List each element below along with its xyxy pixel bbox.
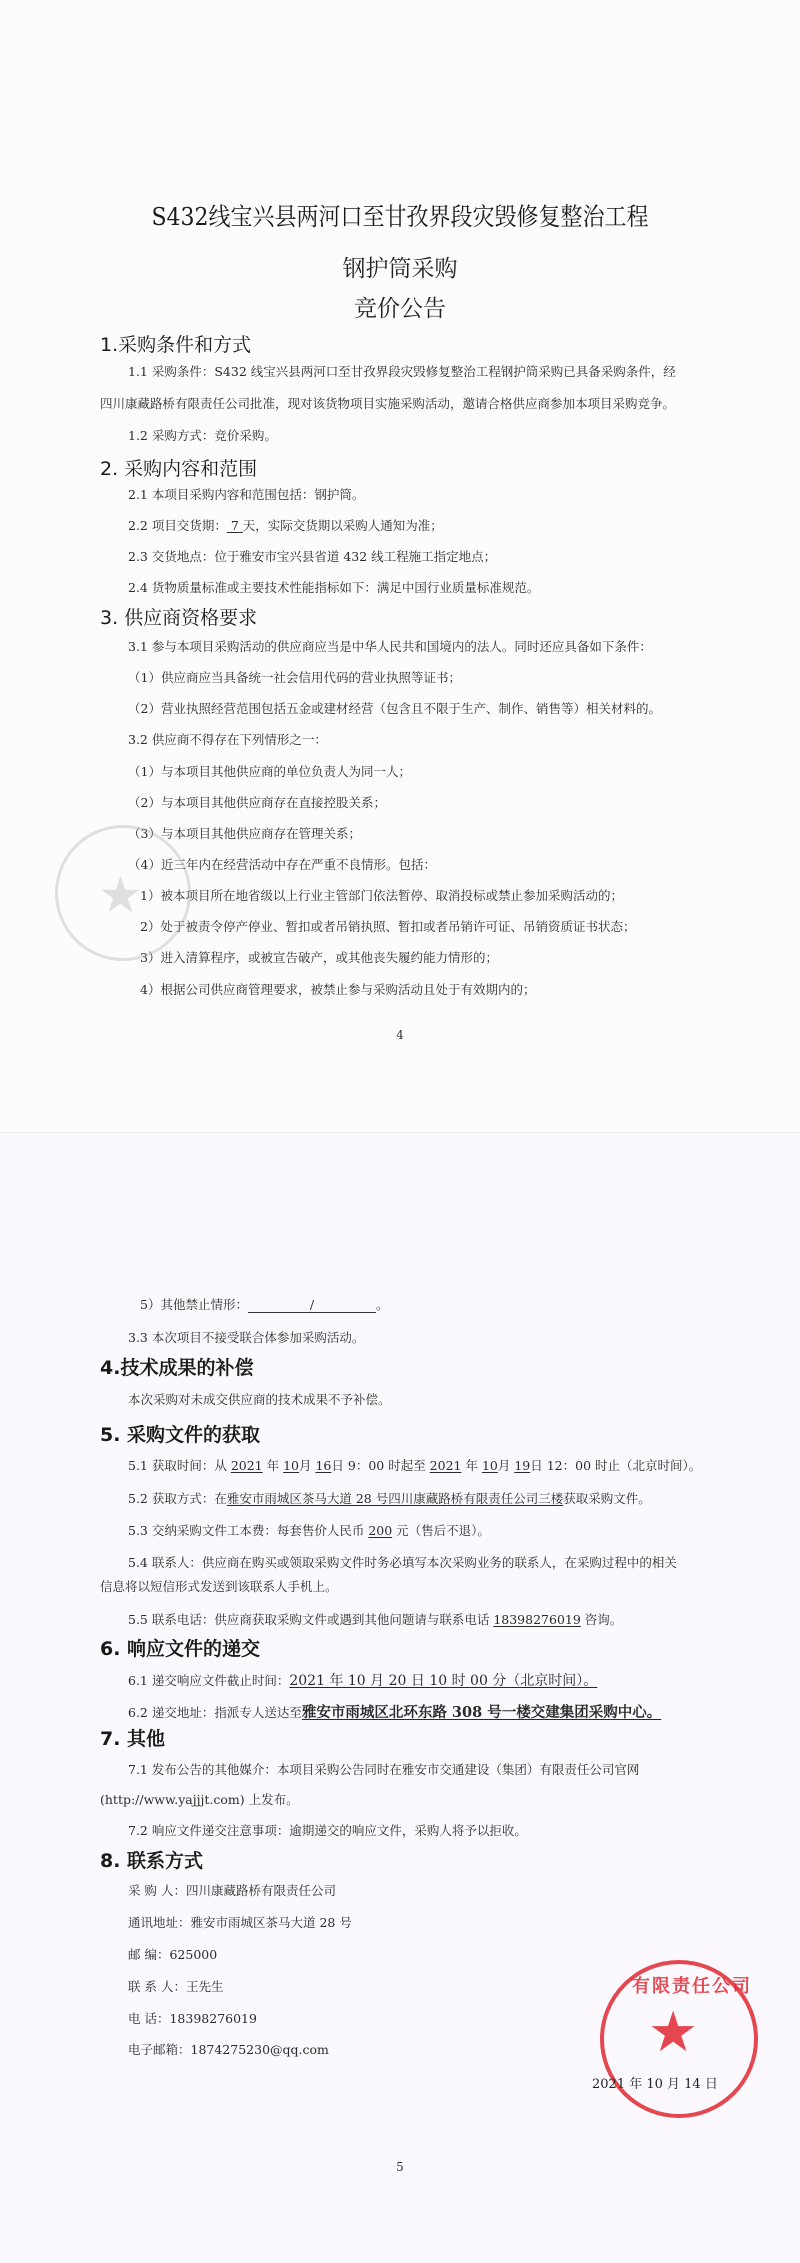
para-2-3: 2.3 交货地点：位于雅安市宝兴县省道 432 线工程施工指定地点； <box>128 547 496 565</box>
para-3-1-2: （2）营业执照经营范围包括五金或建材经营（包含且不限于生产、制作、销售等）相关材… <box>128 699 661 717</box>
doc-subtitle-notice: 竞价公告 <box>0 290 800 323</box>
para-5-1: 5.1 获取时间：从 2021 年 10月 16日 9：00 时起至 2021 … <box>128 1456 701 1474</box>
contact-purchaser: 采 购 人：四川康藏路桥有限责任公司 <box>128 1881 336 1899</box>
para-2-4: 2.4 货物质量标准或主要技术性能指标如下：满足中国行业质量标准规范。 <box>128 578 539 596</box>
stamp-text: 有限责任公司 <box>632 1972 752 1998</box>
faded-seal-stamp: ★ <box>55 825 191 961</box>
para-3-2-1: （1）与本项目其他供应商的单位负责人为同一人； <box>128 762 411 780</box>
para-3-1: 3.1 参与本项目采购活动的供应商应当是中华人民共和国境内的法人。同时还应具备如… <box>128 637 652 655</box>
para-3-2-4-4: 4）根据公司供应商管理要求，被禁止参与采购活动且处于有效期内的； <box>140 980 535 998</box>
para-5-3: 5.3 交纳采购文件工本费：每套售价人民币 200 元（售后不退）。 <box>128 1521 490 1539</box>
para-2-2: 2.2 项目交货期： 7 天，实际交货期以采购人通知为准； <box>128 516 443 534</box>
para-5-2: 5.2 获取方式：在雅安市雨城区茶马大道 28 号四川康藏路桥有限责任公司三楼获… <box>128 1489 651 1507</box>
para-4: 本次采购对未成交供应商的技术成果不予补偿。 <box>128 1390 391 1408</box>
section-5-heading: 5. 采购文件的获取 <box>100 1420 260 1447</box>
para-1-1-cont: 四川康藏路桥有限责任公司批准，现对该货物项目实施采购活动，邀请合格供应商参加本项… <box>100 394 675 412</box>
doc-subtitle-procurement: 钢护筒采购 <box>0 250 800 283</box>
para-7-1: 7.1 发布公告的其他媒介：本项目采购公告同时在雅安市交通建设（集团）有限责任公… <box>128 1760 639 1778</box>
contact-email: 电子邮箱：1874275230@qq.com <box>128 2040 329 2058</box>
page-number: 5 <box>0 2160 800 2174</box>
para-3-2-4-1: 1）被本项目所在地省级以上行业主管部门依法暂停、取消投标或禁止参加采购活动的； <box>140 886 623 904</box>
blank-field: / <box>248 1297 376 1313</box>
contact-person: 联 系 人：王先生 <box>128 1977 223 1995</box>
para-3-1-1: （1）供应商应当具备统一社会信用代码的营业执照等证书； <box>128 668 461 686</box>
para-3-2: 3.2 供应商不得存在下列情形之一： <box>128 730 327 748</box>
para-5-4-cont: 信息将以短信形式发送到该联系人手机上。 <box>100 1577 338 1595</box>
contact-postcode: 邮 编：625000 <box>128 1945 217 1963</box>
star-icon: ★ <box>98 866 143 924</box>
section-1-heading: 1.采购条件和方式 <box>100 330 251 357</box>
page-number: 4 <box>0 1028 800 1042</box>
section-8-heading: 8. 联系方式 <box>100 1846 203 1873</box>
para-7-2: 7.2 响应文件递交注意事项：逾期递交的响应文件，采购人将予以拒收。 <box>128 1821 527 1839</box>
section-6-heading: 6. 响应文件的递交 <box>100 1634 260 1661</box>
para-3-2-4-5: 5）其他禁止情形：/。 <box>140 1295 388 1313</box>
para-5-4: 5.4 联系人：供应商在购买或领取采购文件时务必填写本次采购业务的联系人，在采购… <box>128 1553 677 1571</box>
document-page-4: S432线宝兴县两河口至甘孜界段灾毁修复整治工程 钢护筒采购 竞价公告 1.采购… <box>0 0 800 1133</box>
contact-address: 通讯地址：雅安市雨城区茶马大道 28 号 <box>128 1913 352 1931</box>
para-2-1: 2.1 本项目采购内容和范围包括：钢护筒。 <box>128 485 364 503</box>
para-1-1: 1.1 采购条件：S432 线宝兴县两河口至甘孜界段灾毁修复整治工程钢护筒采购已… <box>128 362 676 380</box>
section-2-heading: 2. 采购内容和范围 <box>100 454 257 481</box>
para-1-2: 1.2 采购方式：竞价采购。 <box>128 426 277 444</box>
para-3-2-2: （2）与本项目其他供应商存在直接控股关系； <box>128 793 386 811</box>
notice-date: 2021 年 10 月 14 日 <box>592 2073 718 2092</box>
project-title: S432线宝兴县两河口至甘孜界段灾毁修复整治工程 <box>0 198 800 233</box>
para-3-3: 3.3 本次项目不接受联合体参加采购活动。 <box>128 1328 364 1346</box>
contact-phone: 电 话：18398276019 <box>128 2009 257 2027</box>
para-7-1-cont: (http://www.yajjjt.com) 上发布。 <box>100 1790 299 1808</box>
section-7-heading: 7. 其他 <box>100 1724 165 1751</box>
para-3-2-4-3: 3）进入清算程序，或被宣告破产，或其他丧失履约能力情形的； <box>140 948 498 966</box>
star-icon: ★ <box>648 2000 698 2065</box>
para-6-1: 6.1 递交响应文件截止时间：2021 年 10 月 20 日 10 时 00 … <box>128 1670 597 1690</box>
para-5-5: 5.5 联系电话：供应商获取采购文件或遇到其他问题请与联系电话 18398276… <box>128 1610 622 1628</box>
section-4-heading: 4.技术成果的补偿 <box>100 1353 253 1380</box>
para-6-2: 6.2 递交地址：指派专人送达至雅安市雨城区北环东路 308 号一楼交建集团采购… <box>128 1701 661 1722</box>
para-3-2-4-2: 2）处于被责令停产停业、暂扣或者吊销执照、暂扣或者吊销许可证、吊销资质证书状态； <box>140 917 635 935</box>
company-seal-stamp: 有限责任公司 ★ <box>600 1960 758 2118</box>
section-3-heading: 3. 供应商资格要求 <box>100 603 257 630</box>
